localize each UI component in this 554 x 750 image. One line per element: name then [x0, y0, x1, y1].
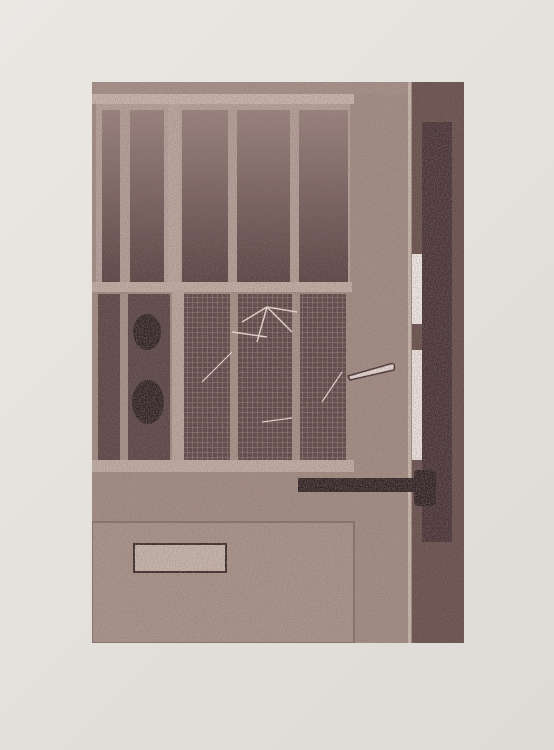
- door-print-image: [92, 82, 464, 643]
- door-illustration: [92, 82, 464, 643]
- paper-background: [0, 0, 554, 750]
